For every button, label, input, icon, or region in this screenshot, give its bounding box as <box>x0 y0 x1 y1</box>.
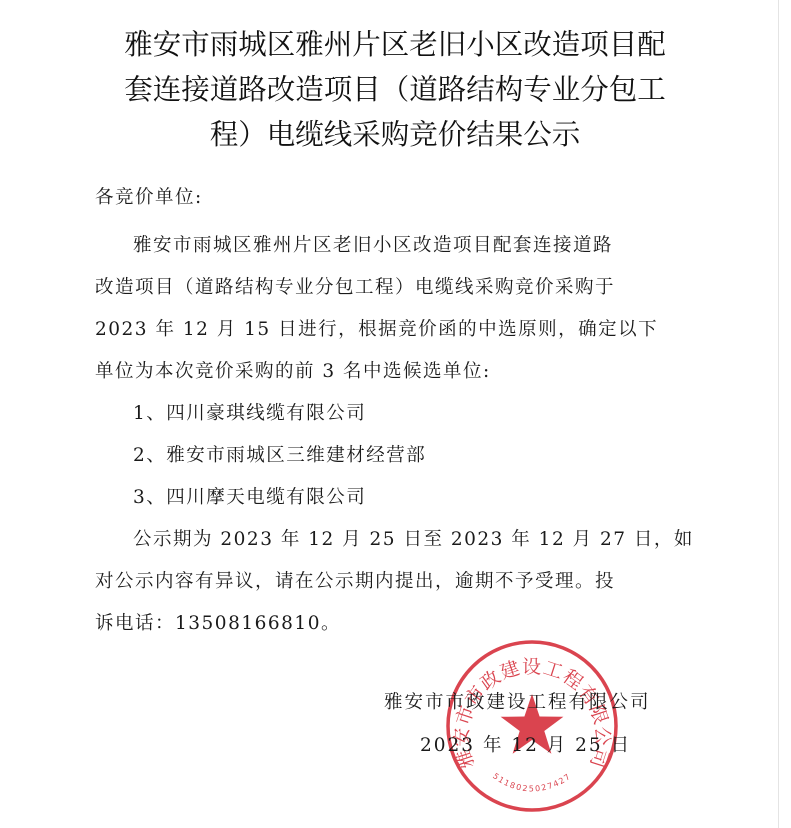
title-line-1: 雅安市雨城区雅州片区老旧小区改造项目配 <box>60 22 730 67</box>
candidate-2: 2、雅安市雨城区三维建材经营部 <box>133 441 426 467</box>
page-edge-line <box>778 0 779 828</box>
title-line-2: 套连接道路改造项目（道路结构专业分包工 <box>60 67 730 112</box>
title-line-3: 程）电缆线采购竞价结果公示 <box>60 112 730 157</box>
svg-text:5118025027427: 5118025027427 <box>491 771 573 793</box>
body-line-3: 2023 年 12 月 15 日进行，根据竞价函的中选原则，确定以下 <box>95 315 658 341</box>
notice-line-2: 对公示内容有异议，请在公示期内提出，逾期不予受理。投 <box>95 567 615 593</box>
salutation: 各竞价单位: <box>95 183 203 209</box>
notice-line-3: 诉电话：13508166810。 <box>95 609 341 635</box>
candidate-3: 3、四川摩天电缆有限公司 <box>133 483 366 509</box>
official-seal-icon: 雅安市市政建设工程有限公司 5118025027427 <box>442 636 622 816</box>
signature-company: 雅安市市政建设工程有限公司 <box>384 688 651 714</box>
candidate-1: 1、四川豪琪线缆有限公司 <box>133 399 366 425</box>
document-title: 雅安市雨城区雅州片区老旧小区改造项目配 套连接道路改造项目（道路结构专业分包工 … <box>60 22 730 157</box>
body-line-2: 改造项目（道路结构专业分包工程）电缆线采购竞价采购于 <box>95 273 615 299</box>
body-line-4: 单位为本次竞价采购的前 3 名中选候选单位: <box>95 357 491 383</box>
notice-line-1: 公示期为 2023 年 12 月 25 日至 2023 年 12 月 27 日，… <box>133 525 694 551</box>
signature-date: 2023 年 12 月 25 日 <box>420 731 631 757</box>
body-line-1: 雅安市雨城区雅州片区老旧小区改造项目配套连接道路 <box>133 231 613 257</box>
